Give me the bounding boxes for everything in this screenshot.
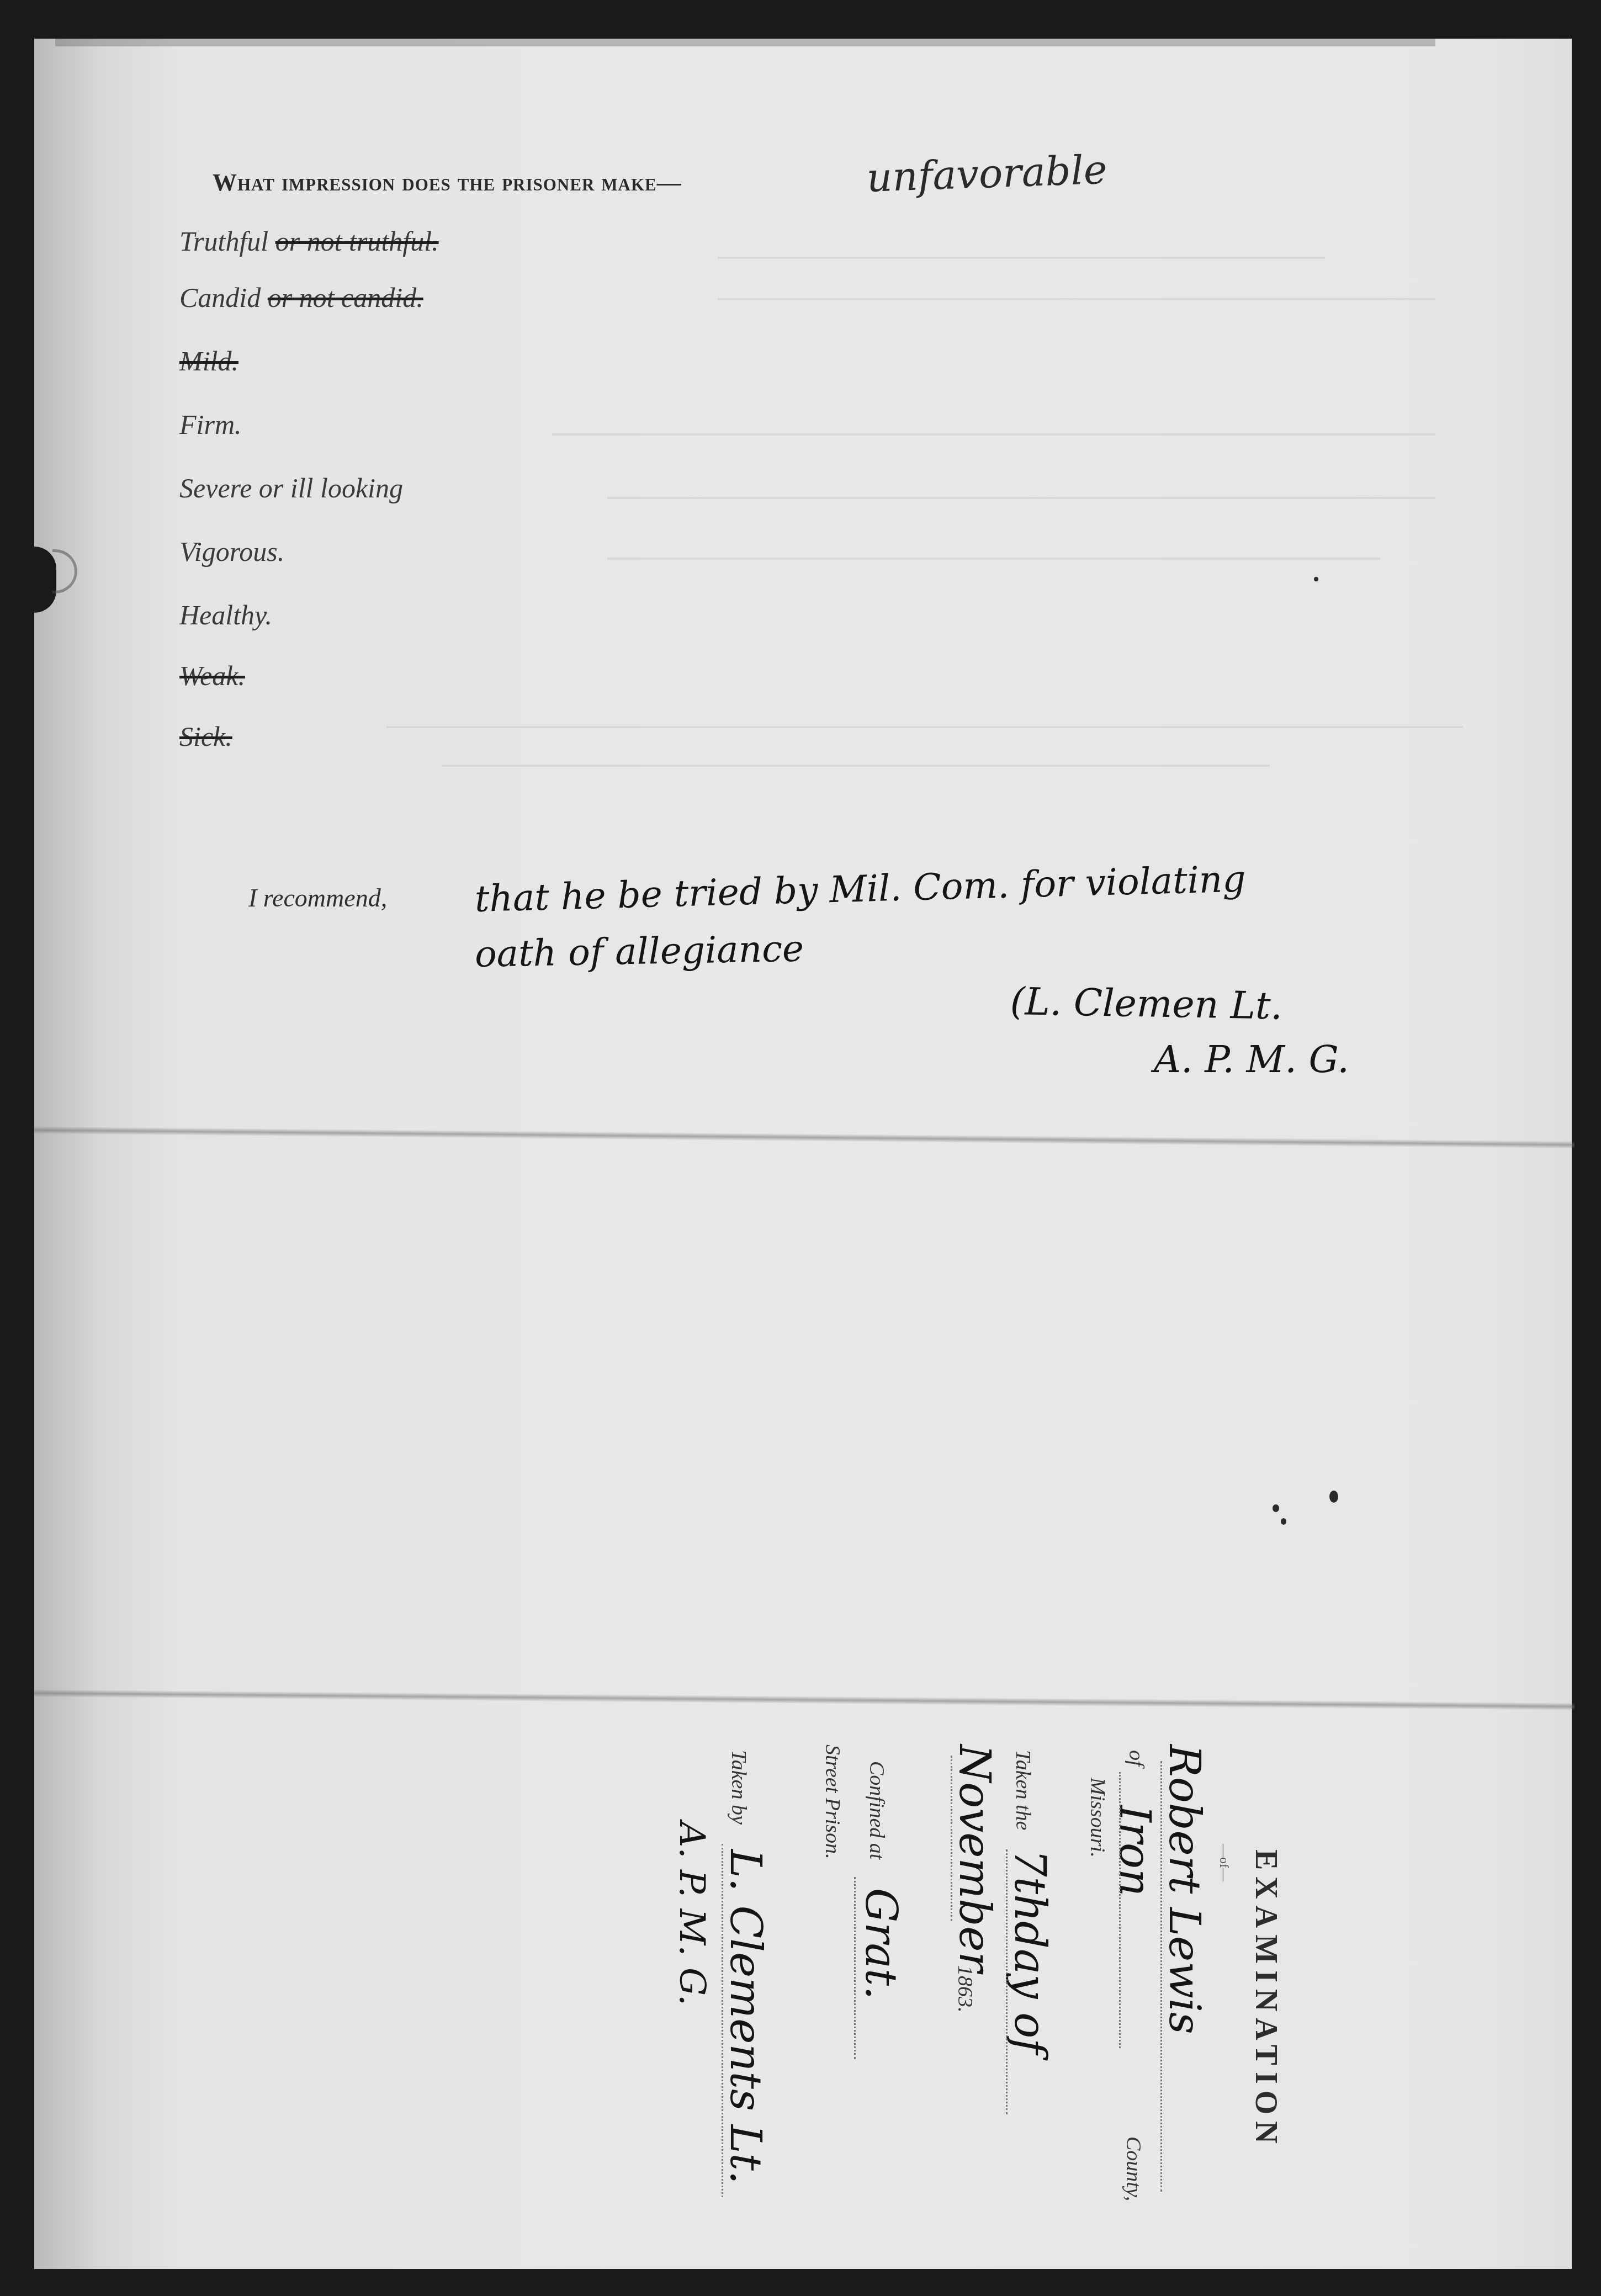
year-value: 1863. [953, 1965, 977, 2013]
trait-kept: Candid [179, 282, 261, 313]
trait-struck: Mild. [179, 346, 238, 377]
taken-by-value: L. Clements Lt. [720, 1849, 770, 2184]
trait-kept: Healthy. [179, 600, 272, 630]
trait-struck: Sick. [179, 721, 232, 752]
recommendation-line-2: oath of allegiance [474, 927, 804, 975]
bleed-through-line [718, 257, 1325, 259]
trait-mild: Mild. [179, 345, 238, 377]
day-value: 7th [1005, 1849, 1054, 1922]
county-name: Iron [1110, 1805, 1159, 1896]
bleed-through-line [552, 433, 1435, 436]
trait-kept: Severe or ill looking [179, 473, 403, 503]
impression-question: What impression does the prisoner make— [213, 168, 682, 197]
bleed-through-line [607, 497, 1435, 499]
signature-title: A. P. M. G. [1154, 1038, 1349, 1081]
trait-sick: Sick. [179, 720, 232, 752]
trait-firm: Firm. [179, 409, 242, 441]
county-dotted-line [1119, 1772, 1121, 2048]
trait-candid: Candid or not candid. [179, 282, 423, 314]
trait-severe: Severe or ill looking [179, 472, 403, 504]
trait-struck: or not candid. [268, 282, 423, 313]
page-top-shadow [55, 39, 1435, 46]
month-dotted-line [951, 1756, 952, 1921]
confined-value: Grat. [856, 1888, 905, 2000]
docket: EXAMINATION —of— Robert Lewis of Iron Co… [513, 1739, 1314, 2263]
county-suffix: County, [1121, 2136, 1146, 2201]
bleed-through-line [718, 298, 1435, 300]
of-label: of [1124, 1750, 1148, 1767]
confined-dotted-line [854, 1877, 856, 2059]
taken-by-label: Taken by [727, 1750, 751, 1825]
trait-truthful: Truthful or not truthful. [179, 225, 439, 257]
docket-of: —of— [1216, 1844, 1231, 1881]
trait-kept: Truthful [179, 226, 268, 257]
trait-kept: Firm. [179, 409, 242, 440]
taken-by-dotted-line [722, 1844, 723, 2197]
day-of-text: day of [1005, 1921, 1054, 2054]
trait-kept: Vigorous. [179, 536, 284, 567]
prisoner-name: Robert Lewis [1159, 1744, 1209, 2034]
trait-vigorous: Vigorous. [179, 535, 284, 568]
state-label: Missouri. [1085, 1778, 1110, 1858]
trait-struck: or not truthful. [275, 226, 439, 257]
taken-the-label: Taken the [1011, 1750, 1035, 1830]
month-value: November [950, 1744, 999, 1972]
signature-name: (L. Clemen Lt. [1010, 980, 1282, 1028]
recommend-label: I recommend, [248, 883, 387, 913]
day-dotted-line [1006, 1849, 1008, 2114]
taken-by-title: A. P. M. G. [671, 1822, 712, 2006]
confined-label: Confined at [865, 1761, 889, 1859]
bleed-through-line [442, 765, 1270, 767]
bleed-through-line [607, 558, 1380, 560]
trait-weak: Weak. [179, 660, 245, 692]
trait-struck: Weak. [179, 660, 245, 691]
bleed-through-line [386, 726, 1463, 728]
name-dotted-line [1160, 1761, 1162, 2192]
prison-suffix: Street Prison. [820, 1744, 845, 1859]
docket-area: EXAMINATION —of— Robert Lewis of Iron Co… [513, 1739, 1314, 2263]
docket-title: EXAMINATION [1248, 1849, 1284, 2150]
trait-healthy: Healthy. [179, 599, 272, 631]
impression-answer: unfavorable [866, 146, 1108, 201]
